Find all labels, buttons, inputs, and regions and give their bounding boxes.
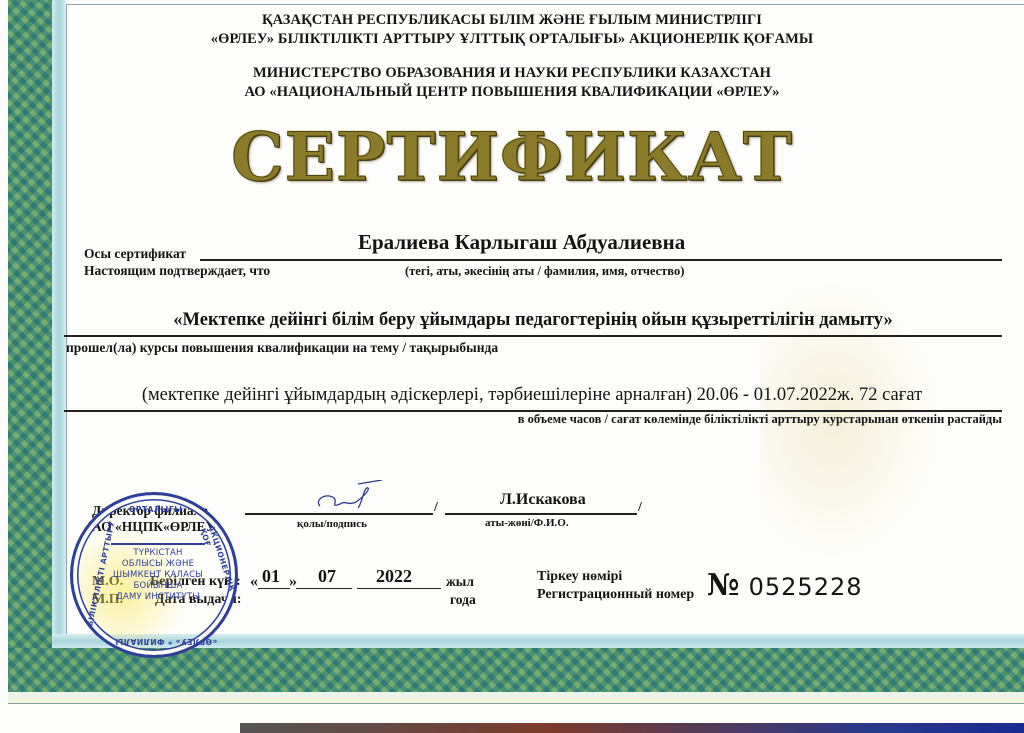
signatory-name: Л.Искакова: [500, 491, 586, 509]
official-stamp: ОРТАЛЫҒЫ БІЛІКТІЛІКТІ АРТТЫРУ АКЦИОНЕРЛІ…: [70, 492, 238, 658]
registration-label-kz: Тіркеу нөмірі: [537, 569, 622, 585]
header-kz-line2: «ӨРЛЕУ» БІЛІКТІЛІКТІ АРТТЫРУ ҰЛТТЫҚ ОРТА…: [0, 31, 1024, 48]
stamp-line-5: ДАМУ ИНСТИТУТЫ: [113, 592, 203, 603]
registration-label-ru: Регистрационный номер: [537, 587, 694, 603]
slash-2: /: [638, 500, 642, 516]
issue-year: 2022: [376, 566, 412, 587]
course-topic: «Мектепке дейінгі білім беру ұйымдары пе…: [62, 310, 1004, 331]
quote-open: «: [250, 573, 258, 591]
issue-day: 01: [262, 566, 280, 587]
course-topic-line: [64, 335, 1002, 337]
slash-1: /: [434, 500, 438, 516]
stamp-center-text: ТҮРКІСТАН ОБЛЫСЫ ЖӘНЕ ШЫМКЕНТ ҚАЛАСЫ БОЙ…: [113, 543, 203, 603]
signature-caption: қолы/подпись: [297, 518, 367, 530]
issue-month-line: [296, 588, 352, 589]
signature-scribble: [312, 480, 392, 512]
signatory-name-caption: аты-жөні/Ф.И.О.: [485, 517, 569, 529]
stamp-divider: [111, 543, 205, 545]
course-details: (мектепке дейінгі ұйымдардың әдіскерлері…: [62, 385, 1002, 406]
stamp-ring-bottom: «ӨРЛЕУ» * ФИЛИАЛЫ: [115, 637, 217, 646]
year-label-kz: жыл: [446, 574, 474, 590]
recipient-name-caption: (тегі, аты, әкесінің аты / фамилия, имя,…: [405, 264, 684, 279]
scan-edge: [240, 723, 1024, 733]
recipient-name: Ералиева Карлыгаш Абдуалиевна: [358, 230, 685, 255]
signatory-name-line: [445, 513, 637, 515]
certificate-title: СЕРТИФИКАТ: [0, 118, 1024, 196]
course-details-caption: в объеме часов / сағат көлемінде білікті…: [518, 412, 1002, 427]
course-topic-caption: прошел(ла) курсы повышения квалификации …: [66, 340, 498, 356]
registration-number-value: 0525228: [749, 573, 863, 601]
signature-line: [245, 513, 433, 515]
header-ru-line1: МИНИСТЕРСТВО ОБРАЗОВАНИЯ И НАУКИ РЕСПУБЛ…: [0, 65, 1024, 82]
issue-day-line: [258, 588, 290, 589]
stamp-ring-left: БІЛІКТІЛІКТІ АРТТЫРУ: [85, 520, 116, 627]
number-sign: №: [707, 568, 741, 603]
decorative-border-bottom-outer: [8, 692, 1024, 704]
recipient-label-kz: Осы сертификат: [84, 246, 186, 262]
year-label-ru: года: [450, 592, 476, 608]
stamp-line-4: БОЙЫНША: [113, 581, 203, 592]
stamp-ring-top: ОРТАЛЫҒЫ: [129, 505, 183, 514]
stamp-line-1: ТҮРКІСТАН: [113, 548, 203, 559]
header-ru-line2: АО «НАЦИОНАЛЬНЫЙ ЦЕНТР ПОВЫШЕНИЯ КВАЛИФИ…: [0, 84, 1024, 101]
registration-number: №0525228: [707, 568, 863, 603]
stamp-line-3: ШЫМКЕНТ ҚАЛАСЫ: [113, 570, 203, 581]
recipient-name-line: [200, 259, 1002, 261]
stamp-line-2: ОБЛЫСЫ ЖӘНЕ: [113, 559, 203, 570]
recipient-label-ru: Настоящим подтверждает, что: [84, 263, 270, 279]
issue-year-line: [357, 588, 441, 589]
issue-month: 07: [318, 566, 336, 587]
header-kz-line1: ҚАЗАҚСТАН РЕСПУБЛИКАСЫ БІЛІМ ЖӘНЕ ҒЫЛЫМ …: [0, 12, 1024, 29]
